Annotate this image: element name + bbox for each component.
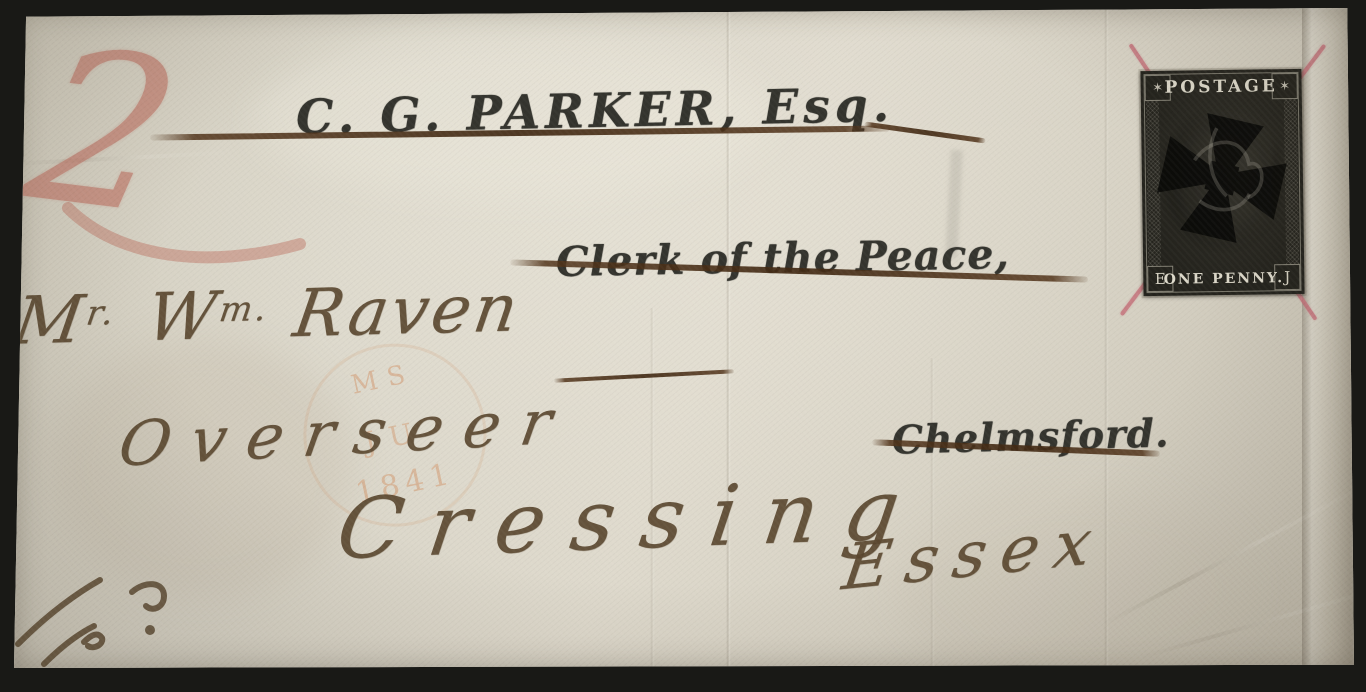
maltese-cross-cancel <box>1153 97 1291 259</box>
script-text: W <box>142 277 225 356</box>
script-text: M <box>9 281 91 360</box>
stamp-one-penny-label: ONE PENNY. <box>1143 270 1304 288</box>
manuscript-line-cressing: Cressing <box>331 460 931 578</box>
printed-addressee-city: Chelmsford. <box>891 410 1170 463</box>
manuscript-line-overseer: Overseer <box>114 384 577 480</box>
stamp-postage-label: POSTAGE <box>1141 76 1302 98</box>
pen-underline-swash <box>554 369 734 382</box>
paper-crease <box>1138 584 1366 660</box>
rate-mark-tail <box>38 158 338 288</box>
script-superscript: m. <box>217 289 273 330</box>
paper-fold-edge <box>1302 8 1356 670</box>
paper-crease <box>1101 483 1366 627</box>
paper-fold-crease <box>1104 8 1109 670</box>
penny-black-stamp: ✶ ✶ E J POSTAGE ONE PENNY. <box>1140 69 1304 296</box>
script-superscript: r. <box>84 293 120 334</box>
paper-fold-crease <box>930 358 935 670</box>
letter-cover: MS JU 1841 C. G. PARKER, Esq. Clerk of t… <box>14 8 1354 670</box>
photo-backdrop: MS JU 1841 C. G. PARKER, Esq. Clerk of t… <box>0 0 1366 692</box>
ink-flourish <box>14 546 234 692</box>
